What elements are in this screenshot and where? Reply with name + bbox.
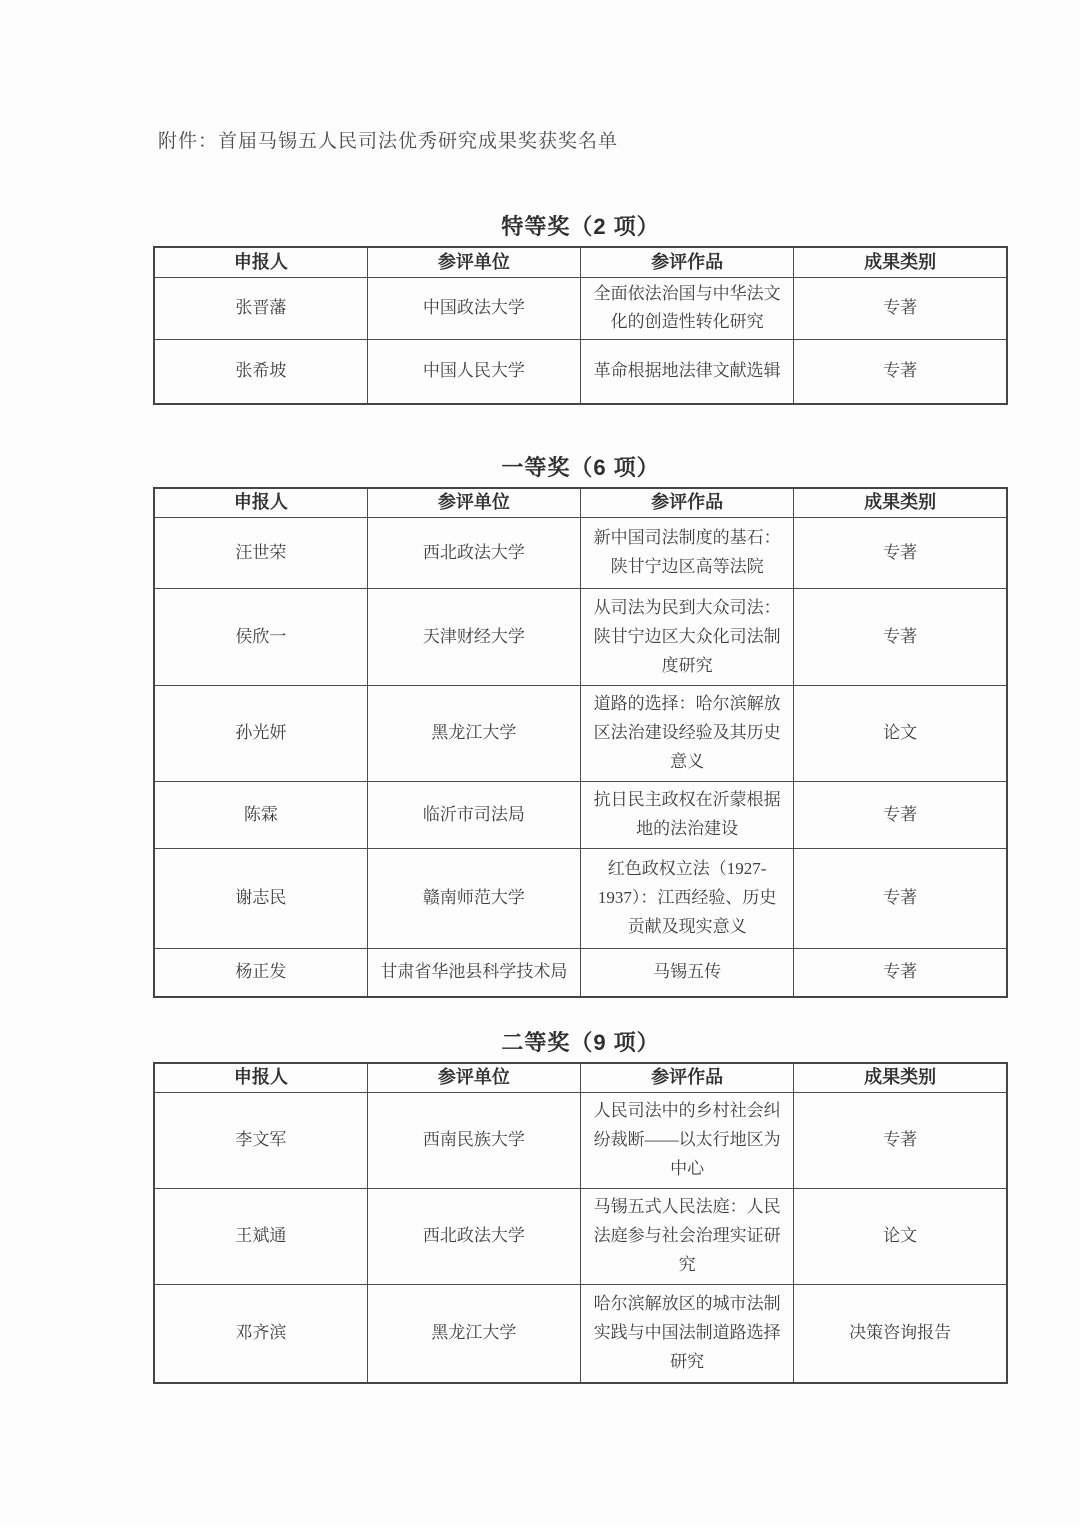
second-prize-table: 申报人 参评单位 参评作品 成果类别 李文军 西南民族大学 人民司法中的乡村社会… xyxy=(153,1062,1008,1384)
category-cell: 专著 xyxy=(794,340,1007,404)
category-cell: 专著 xyxy=(794,589,1007,686)
table-header-row: 申报人 参评单位 参评作品 成果类别 xyxy=(154,1063,1007,1093)
table-row: 王斌通 西北政法大学 马锡五式人民法庭：人民法庭参与社会治理实证研究 论文 xyxy=(154,1189,1007,1285)
unit-cell: 黑龙江大学 xyxy=(367,1285,580,1383)
col-header-work: 参评作品 xyxy=(581,1063,794,1093)
unit-cell: 天津财经大学 xyxy=(367,589,580,686)
first-prize-table: 申报人 参评单位 参评作品 成果类别 汪世荣 西北政法大学 新中国司法制度的基石… xyxy=(153,487,1008,998)
table-header-row: 申报人 参评单位 参评作品 成果类别 xyxy=(154,488,1007,518)
work-cell: 全面依法治国与中华法文化的创造性转化研究 xyxy=(581,277,794,340)
category-cell: 专著 xyxy=(794,1093,1007,1189)
work-cell: 红色政权立法（1927-1937）：江西经验、历史贡献及现实意义 xyxy=(581,849,794,949)
table-row: 李文军 西南民族大学 人民司法中的乡村社会纠纷裁断——以太行地区为中心 专著 xyxy=(154,1093,1007,1189)
unit-cell: 黑龙江大学 xyxy=(367,686,580,782)
work-cell: 哈尔滨解放区的城市法制实践与中国法制道路选择研究 xyxy=(581,1285,794,1383)
work-cell: 马锡五传 xyxy=(581,949,794,997)
table-row: 邓齐滨 黑龙江大学 哈尔滨解放区的城市法制实践与中国法制道路选择研究 决策咨询报… xyxy=(154,1285,1007,1383)
table-row: 杨正发 甘肃省华池县科学技术局 马锡五传 专著 xyxy=(154,949,1007,997)
category-cell: 专著 xyxy=(794,949,1007,997)
section-special-prize: 特等奖（2 项） 申报人 参评单位 参评作品 成果类别 张晋藩 中国政法大学 全… xyxy=(153,212,1008,405)
attachment-title: 附件：首届马锡五人民司法优秀研究成果奖获奖名单 xyxy=(158,128,1080,156)
col-header-applicant: 申报人 xyxy=(154,488,367,518)
table-header-row: 申报人 参评单位 参评作品 成果类别 xyxy=(154,247,1007,277)
category-cell: 专著 xyxy=(794,849,1007,949)
col-header-unit: 参评单位 xyxy=(367,488,580,518)
col-header-applicant: 申报人 xyxy=(154,1063,367,1093)
category-cell: 论文 xyxy=(794,1189,1007,1285)
section-title-special-prize: 特等奖（2 项） xyxy=(153,212,1008,242)
unit-cell: 甘肃省华池县科学技术局 xyxy=(367,949,580,997)
table-row: 陈霖 临沂市司法局 抗日民主政权在沂蒙根据地的法治建设 专著 xyxy=(154,782,1007,849)
applicant-cell: 杨正发 xyxy=(154,949,367,997)
col-header-category: 成果类别 xyxy=(794,488,1007,518)
work-cell: 人民司法中的乡村社会纠纷裁断——以太行地区为中心 xyxy=(581,1093,794,1189)
table-row: 侯欣一 天津财经大学 从司法为民到大众司法：陕甘宁边区大众化司法制度研究 专著 xyxy=(154,589,1007,686)
special-prize-table: 申报人 参评单位 参评作品 成果类别 张晋藩 中国政法大学 全面依法治国与中华法… xyxy=(153,246,1008,405)
work-cell: 马锡五式人民法庭：人民法庭参与社会治理实证研究 xyxy=(581,1189,794,1285)
unit-cell: 中国政法大学 xyxy=(367,277,580,340)
table-row: 汪世荣 西北政法大学 新中国司法制度的基石：陕甘宁边区高等法院 专著 xyxy=(154,518,1007,589)
section-title-first-prize: 一等奖（6 项） xyxy=(153,453,1008,483)
applicant-cell: 孙光妍 xyxy=(154,686,367,782)
unit-cell: 西北政法大学 xyxy=(367,1189,580,1285)
applicant-cell: 陈霖 xyxy=(154,782,367,849)
table-row: 张希坡 中国人民大学 革命根据地法律文献选辑 专著 xyxy=(154,340,1007,404)
work-cell: 抗日民主政权在沂蒙根据地的法治建设 xyxy=(581,782,794,849)
applicant-cell: 张晋藩 xyxy=(154,277,367,340)
work-cell: 革命根据地法律文献选辑 xyxy=(581,340,794,404)
applicant-cell: 王斌通 xyxy=(154,1189,367,1285)
col-header-category: 成果类别 xyxy=(794,1063,1007,1093)
category-cell: 决策咨询报告 xyxy=(794,1285,1007,1383)
applicant-cell: 邓齐滨 xyxy=(154,1285,367,1383)
table-row: 张晋藩 中国政法大学 全面依法治国与中华法文化的创造性转化研究 专著 xyxy=(154,277,1007,340)
section-first-prize: 一等奖（6 项） 申报人 参评单位 参评作品 成果类别 汪世荣 西北政法大学 新… xyxy=(153,453,1008,998)
unit-cell: 西北政法大学 xyxy=(367,518,580,589)
work-cell: 从司法为民到大众司法：陕甘宁边区大众化司法制度研究 xyxy=(581,589,794,686)
applicant-cell: 侯欣一 xyxy=(154,589,367,686)
category-cell: 专著 xyxy=(794,277,1007,340)
unit-cell: 中国人民大学 xyxy=(367,340,580,404)
unit-cell: 临沂市司法局 xyxy=(367,782,580,849)
document-page: 附件：首届马锡五人民司法优秀研究成果奖获奖名单 特等奖（2 项） 申报人 参评单… xyxy=(0,0,1080,1527)
col-header-applicant: 申报人 xyxy=(154,247,367,277)
unit-cell: 西南民族大学 xyxy=(367,1093,580,1189)
table-row: 谢志民 赣南师范大学 红色政权立法（1927-1937）：江西经验、历史贡献及现… xyxy=(154,849,1007,949)
applicant-cell: 李文军 xyxy=(154,1093,367,1189)
col-header-unit: 参评单位 xyxy=(367,1063,580,1093)
col-header-unit: 参评单位 xyxy=(367,247,580,277)
category-cell: 专著 xyxy=(794,518,1007,589)
section-title-second-prize: 二等奖（9 项） xyxy=(153,1028,1008,1058)
col-header-category: 成果类别 xyxy=(794,247,1007,277)
applicant-cell: 张希坡 xyxy=(154,340,367,404)
applicant-cell: 汪世荣 xyxy=(154,518,367,589)
table-row: 孙光妍 黑龙江大学 道路的选择：哈尔滨解放区法治建设经验及其历史意义 论文 xyxy=(154,686,1007,782)
category-cell: 专著 xyxy=(794,782,1007,849)
section-second-prize: 二等奖（9 项） 申报人 参评单位 参评作品 成果类别 李文军 西南民族大学 人… xyxy=(153,1028,1008,1384)
work-cell: 新中国司法制度的基石：陕甘宁边区高等法院 xyxy=(581,518,794,589)
category-cell: 论文 xyxy=(794,686,1007,782)
applicant-cell: 谢志民 xyxy=(154,849,367,949)
unit-cell: 赣南师范大学 xyxy=(367,849,580,949)
work-cell: 道路的选择：哈尔滨解放区法治建设经验及其历史意义 xyxy=(581,686,794,782)
col-header-work: 参评作品 xyxy=(581,247,794,277)
col-header-work: 参评作品 xyxy=(581,488,794,518)
